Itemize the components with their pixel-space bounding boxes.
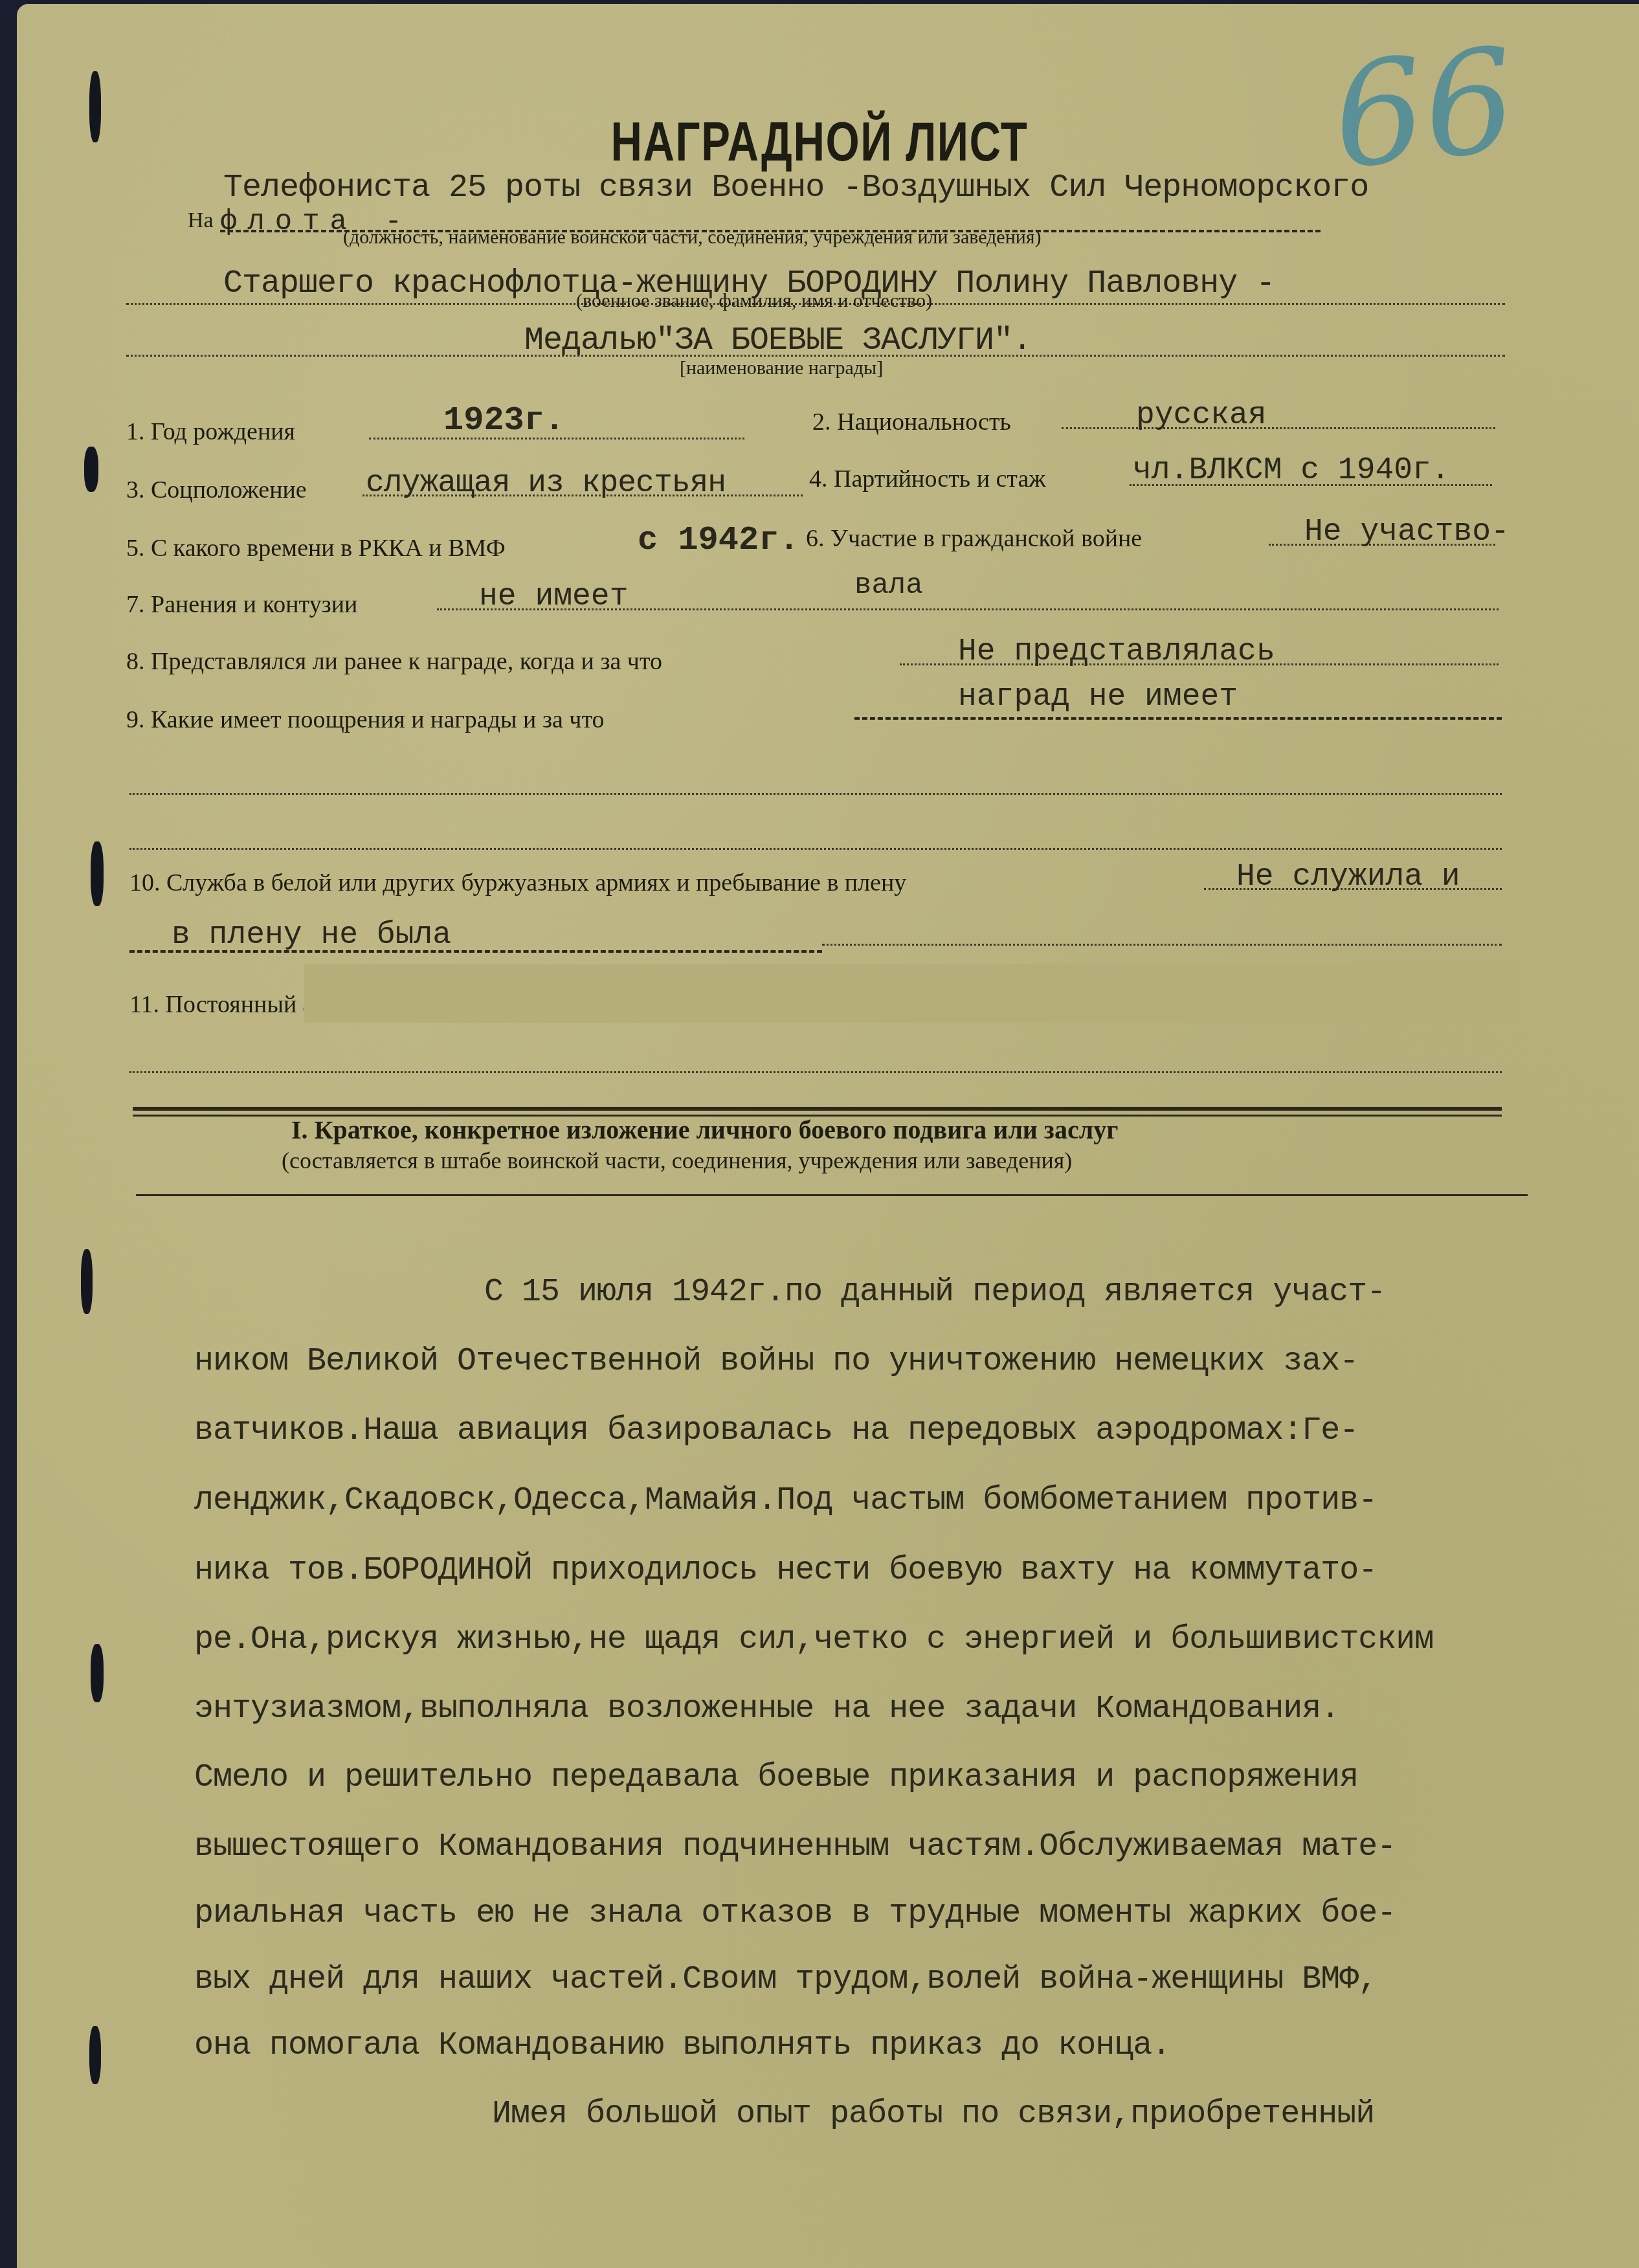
field-line: [822, 944, 1502, 946]
field-line: [129, 950, 822, 953]
position-hint: (должность, наименование воинской части,…: [343, 227, 1042, 249]
narrative-line: Имея большой опыт работы по связи,приобр…: [492, 2096, 1374, 2133]
section-title: I. Краткое, конкретное изложение личного…: [291, 1115, 1118, 1145]
field-label-service-start: 5. С какого времени в РККА и ВМФ: [126, 534, 506, 562]
section-subtitle: (составляется в штабе воинской части, со…: [282, 1147, 1072, 1174]
award-name: Медалью"ЗА БОЕВЫЕ ЗАСЛУГИ".: [524, 322, 1031, 359]
field-value-party: чл.ВЛКСМ с 1940г.: [1133, 453, 1450, 488]
field-label-civil-war: 6. Участие в гражданской войне: [806, 524, 1142, 553]
field-label-birth-year: 1. Год рождения: [126, 417, 295, 446]
field-value-civil-war: Не участво-: [1304, 515, 1510, 550]
blank-line: [129, 793, 1502, 795]
field-label-social-status: 3. Соцположение: [126, 476, 307, 504]
position-line-1: Телефониста 25 роты связи Военно -Воздуш…: [223, 170, 1368, 206]
binding-hole-mark: [91, 1644, 104, 1702]
field-label-party: 4. Партийность и стаж: [809, 465, 1046, 493]
section-divider: [133, 1107, 1502, 1111]
binding-hole-mark: [89, 71, 101, 142]
field-label-awards: 9. Какие имеет поощрения и награды и за …: [126, 706, 605, 734]
narrative-line: ником Великой Отечественной войны по уни…: [194, 1343, 1358, 1380]
blank-line: [129, 1071, 1502, 1073]
field-label-nationality: 2. Национальность: [812, 408, 1011, 436]
narrative-line: ватчиков.Наша авиация базировалась на пе…: [194, 1412, 1358, 1449]
field-value-service-start: с 1942г.: [638, 521, 799, 559]
field-value-civil-war-continued: вала: [854, 570, 923, 602]
document-title: НАГРАДНОЙ ЛИСТ: [181, 110, 1459, 174]
field-label-wounds: 7. Ранения и контузии: [126, 590, 357, 619]
field-value-social-status: служащая из крестьян: [366, 466, 726, 501]
narrative-line: С 15 июля 1942г.по данный период являетс…: [484, 1274, 1385, 1311]
field-value-awards: наград не имеет: [958, 680, 1238, 715]
award-hint: [наименование награды]: [680, 357, 883, 379]
rank-name-hint: (военное звание, фамилия, имя и отчество…: [576, 290, 932, 312]
award-underline: [126, 355, 1505, 357]
narrative-line: риальная часть ею не знала отказов в тру…: [194, 1895, 1396, 1932]
narrative-line: она помогала Командованию выполнять прик…: [194, 2027, 1170, 2064]
narrative-line: ленджик,Скадовск,Одесса,Мамайя.Под часты…: [194, 1482, 1377, 1519]
blank-line: [129, 848, 1502, 850]
narrative-line: ре.Она,рискуя жизнью,не щадя сил,четко с…: [194, 1621, 1433, 1658]
field-label-white-army: 10. Служба в белой или других буржуазных…: [129, 869, 906, 897]
field-value-nationality: русская: [1136, 398, 1267, 433]
narrative-line: вышестоящего Командования подчиненным ча…: [194, 1829, 1396, 1865]
field-label-previous-nomination: 8. Представлялся ли ранее к награде, ког…: [126, 647, 662, 676]
binding-hole-mark: [84, 447, 98, 492]
field-value-previous-nomination: Не представлялась: [958, 634, 1275, 669]
prefix-na: На: [188, 208, 214, 233]
binding-hole-mark: [89, 2026, 101, 2084]
section-underline: [136, 1194, 1528, 1196]
binding-hole-mark: [91, 841, 104, 906]
redacted-area: [304, 964, 1521, 1023]
field-line: [1062, 427, 1495, 429]
binding-hole-mark: [81, 1249, 93, 1314]
field-line: [854, 717, 1502, 720]
narrative-line: энтузиазмом,выполняла возложенные на нее…: [194, 1691, 1339, 1728]
narrative-line: ника тов.БОРОДИНОЙ приходилось нести бое…: [194, 1552, 1377, 1589]
narrative-line: вых дней для наших частей.Своим трудом,в…: [194, 1961, 1377, 1998]
field-value-white-army-continued: в плену не была: [172, 918, 451, 953]
field-value-wounds: не имеет: [479, 579, 628, 614]
narrative-line: Смело и решительно передавала боевые при…: [194, 1759, 1358, 1796]
field-value-white-army: Не служила и: [1236, 860, 1460, 895]
field-value-birth-year: 1923г.: [443, 401, 564, 439]
